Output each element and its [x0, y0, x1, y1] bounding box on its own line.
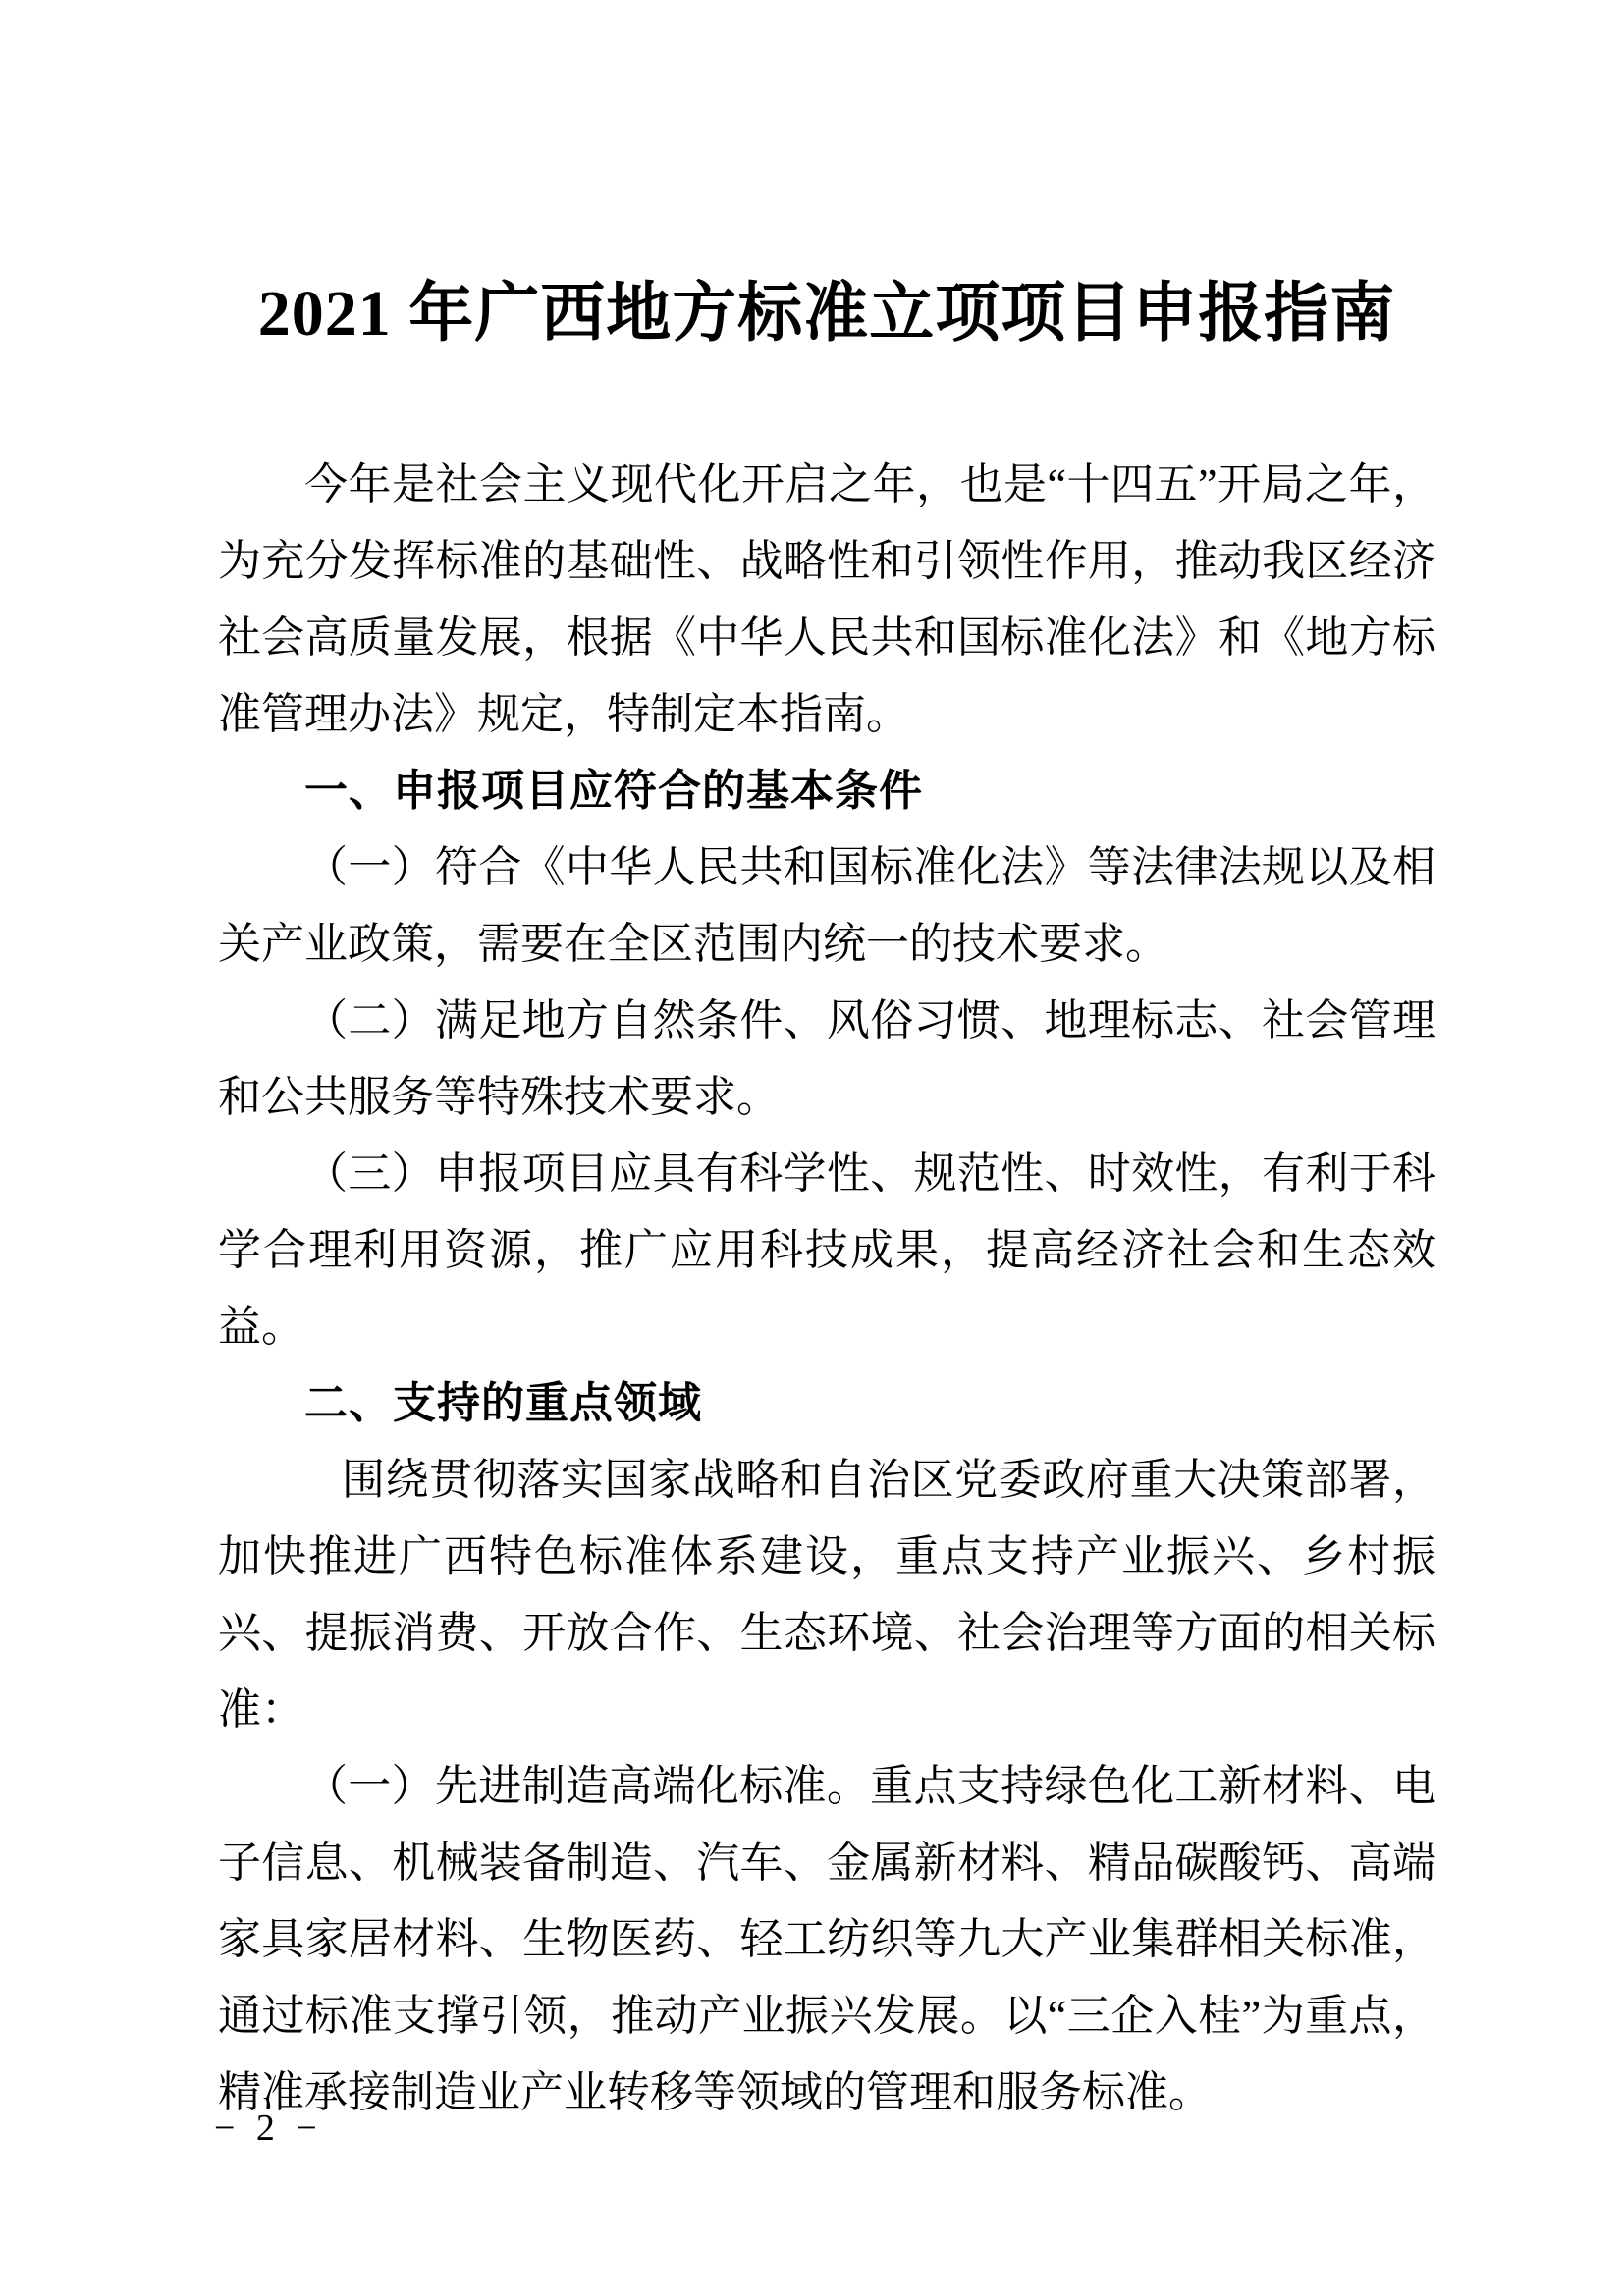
section1-heading: 一、申报项目应符合的基本条件 [218, 753, 1435, 829]
document-page: 2021 年广西地方标准立项项目申报指南 今年是社会主义现代化开启之年，也是“十… [0, 0, 1624, 2296]
section1-item-1: （一）符合《中华人民共和国标准化法》等法律法规以及相关产业政策，需要在全区范围内… [218, 829, 1435, 983]
section1-item-2: （二）满足地方自然条件、风俗习惯、地理标志、社会管理和公共服务等特殊技术要求。 [218, 983, 1435, 1136]
page-number: − 2 − [214, 2107, 323, 2150]
section2-heading: 二、支持的重点领域 [218, 1365, 1435, 1442]
section2-item-1: （一）先进制造高端化标准。重点支持绿色化工新材料、电子信息、机械装备制造、汽车、… [218, 1748, 1435, 2131]
section1-item-3: （三）申报项目应具有科学性、规范性、时效性，有利于科学合理利用资源，推广应用科技… [218, 1136, 1435, 1365]
section2-lead-paragraph: 围绕贯彻落实国家战略和自治区党委政府重大决策部署，加快推进广西特色标准体系建设，… [218, 1442, 1435, 1748]
intro-paragraph: 今年是社会主义现代化开启之年，也是“十四五”开局之年，为充分发挥标准的基础性、战… [218, 447, 1435, 753]
document-body: 今年是社会主义现代化开启之年，也是“十四五”开局之年，为充分发挥标准的基础性、战… [218, 447, 1435, 2131]
document-title: 2021 年广西地方标准立项项目申报指南 [218, 279, 1435, 350]
